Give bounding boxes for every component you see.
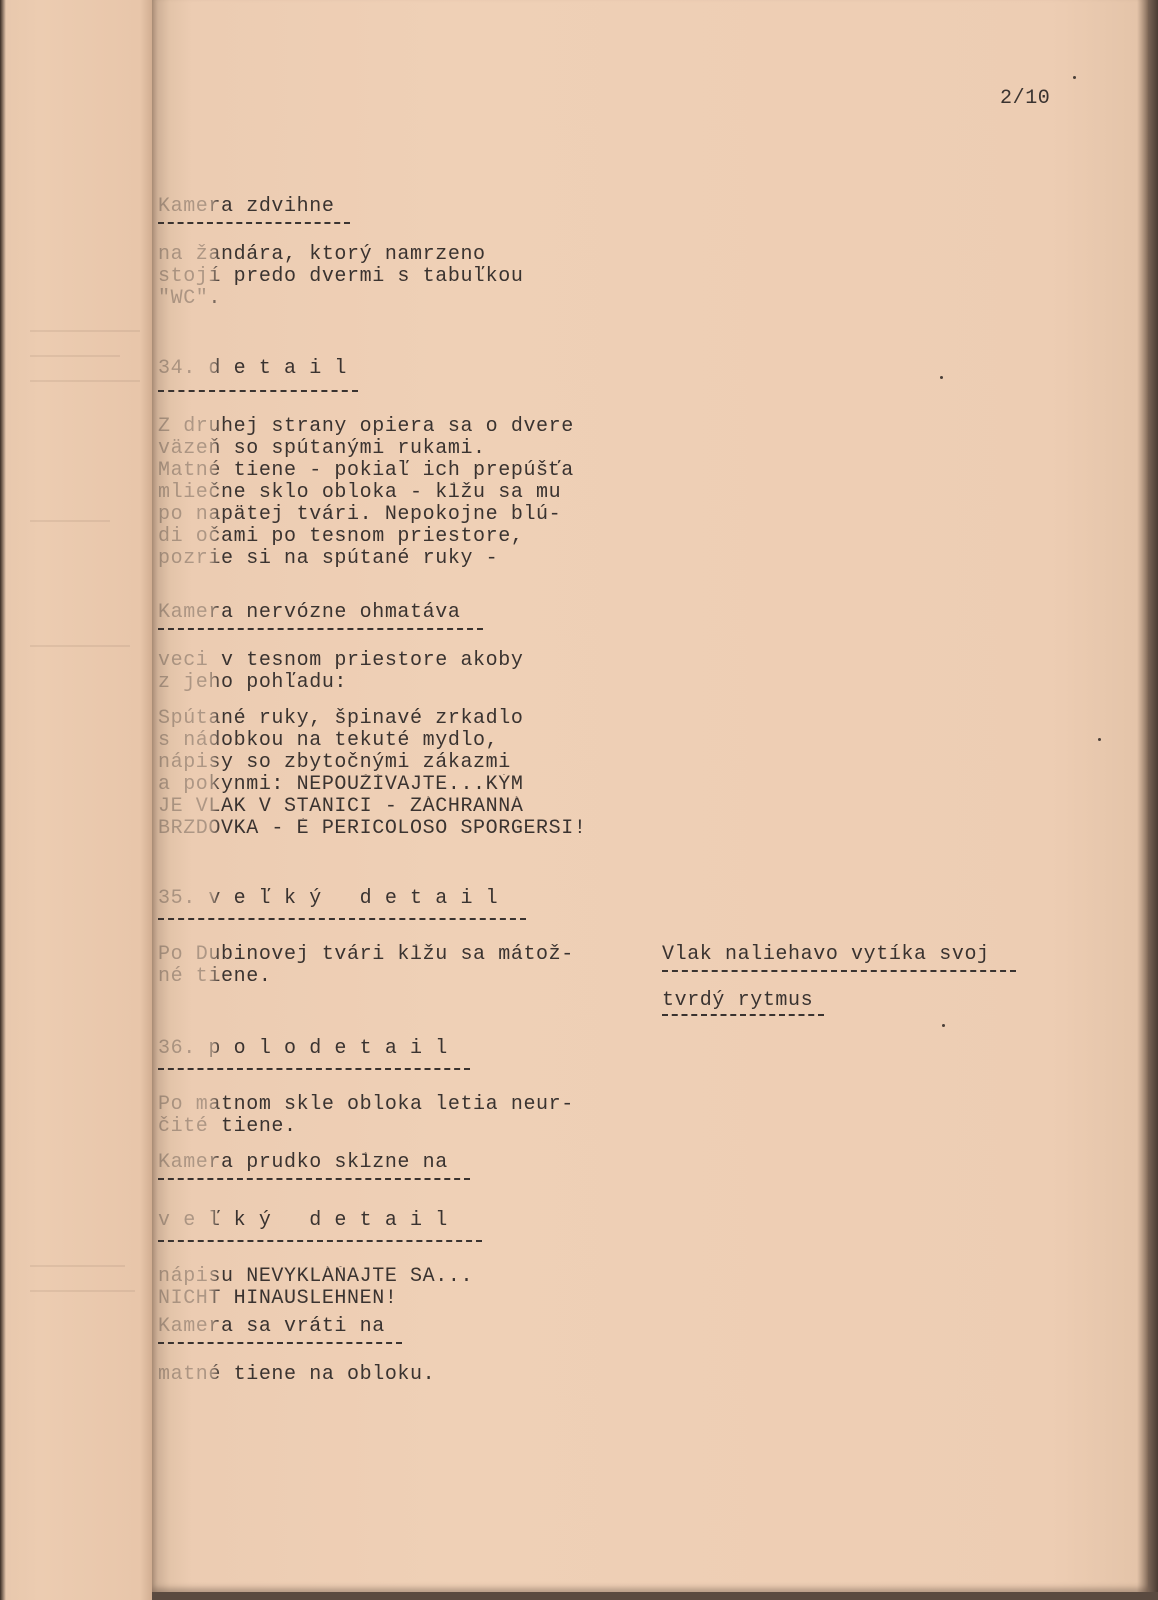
underlying-page-edge: [0, 0, 160, 1600]
camera-direction: Kamera zdvihne: [158, 196, 334, 218]
camera-direction: Kamera sa vráti na: [158, 1316, 385, 1338]
paragraph-line: čité tiene.: [158, 1116, 297, 1138]
shot-heading: 34. d e t a i l: [158, 358, 347, 380]
heading-rule: [158, 390, 358, 392]
heading-rule: [158, 1068, 470, 1070]
sound-direction: tvrdý rytmus: [662, 990, 813, 1012]
paragraph-line: na žandára, ktorý namrzeno: [158, 244, 486, 266]
paper-speck: [1098, 738, 1101, 741]
paragraph-line: Po matnom skle obloka letia neur-: [158, 1094, 574, 1116]
dashed-underline: [662, 970, 1016, 972]
ink-speck: [1073, 76, 1076, 79]
paragraph-line: väzeň so spútanými rukami.: [158, 438, 486, 460]
heading-rule: [158, 1240, 482, 1242]
paragraph-line: né tiene.: [158, 966, 271, 988]
heading-rule: [158, 918, 526, 920]
paragraph-line: "WC".: [158, 288, 221, 310]
paragraph-line: s nádobkou na tekuté mydlo,: [158, 730, 498, 752]
paragraph-line: po napätej tvári. Nepokojne blú-: [158, 504, 561, 526]
paragraph-line: matné tiene na obloku.: [158, 1364, 435, 1386]
sound-direction: Vlak naliehavo vytíka svoj: [662, 944, 990, 966]
paragraph-line: Spútané ruky, špinavé zrkadlo: [158, 708, 523, 730]
dashed-underline: [158, 222, 350, 224]
paragraph-line: mliečne sklo obloka - kĺžu sa mu: [158, 482, 561, 504]
paragraph-line: z jeho pohľadu:: [158, 672, 347, 694]
paragraph-line: Matné tiene - pokiaľ ich prepúšťa: [158, 460, 574, 482]
paragraph-line: nápisu NEVYKLÁŇAJTE SA...: [158, 1266, 473, 1288]
paragraph-line: veci v tesnom priestore akoby: [158, 650, 523, 672]
paper-speck: [942, 1024, 945, 1027]
shot-heading: 36. p o l o d e t a i l: [158, 1038, 448, 1060]
page-edge-bottom: [152, 1592, 1158, 1600]
dashed-underline: [662, 1014, 824, 1016]
paragraph-line: pozrie si na spútané ruky -: [158, 548, 498, 570]
shot-heading: 35. v e ľ k ý d e t a i l: [158, 888, 498, 910]
shot-heading: v e ľ k ý d e t a i l: [158, 1210, 448, 1232]
paragraph-line: stojí predo dvermi s tabuľkou: [158, 266, 523, 288]
dashed-underline: [158, 628, 483, 630]
page-edge-right: [1148, 0, 1158, 1600]
dashed-underline: [158, 1178, 470, 1180]
paragraph-line: JE VLAK V STANICI - ZÁCHRANNÁ: [158, 796, 523, 818]
paragraph-line: di očami po tesnom priestore,: [158, 526, 523, 548]
paragraph-line: nápisy so zbytočnými zákazmi: [158, 752, 511, 774]
camera-direction: Kamera prudko skĺzne na: [158, 1152, 448, 1174]
paper-speck: [940, 376, 943, 379]
paragraph-line: a pokynmi: NEPOUŽÍVAJTE...KÝM: [158, 774, 523, 796]
camera-direction: Kamera nervózne ohmatáva: [158, 602, 460, 624]
page-number: 2/10: [1000, 88, 1050, 110]
paragraph-line: Z druhej strany opiera sa o dvere: [158, 416, 574, 438]
paragraph-line: Po Dubinovej tvári kĺžu sa mátož-: [158, 944, 574, 966]
paragraph-line: NICHT HINAUSLEHNEN!: [158, 1288, 397, 1310]
dashed-underline: [158, 1342, 402, 1344]
paragraph-line: BRZDOVKA - È PERICOLOSO SPORGERSI!: [158, 818, 586, 840]
